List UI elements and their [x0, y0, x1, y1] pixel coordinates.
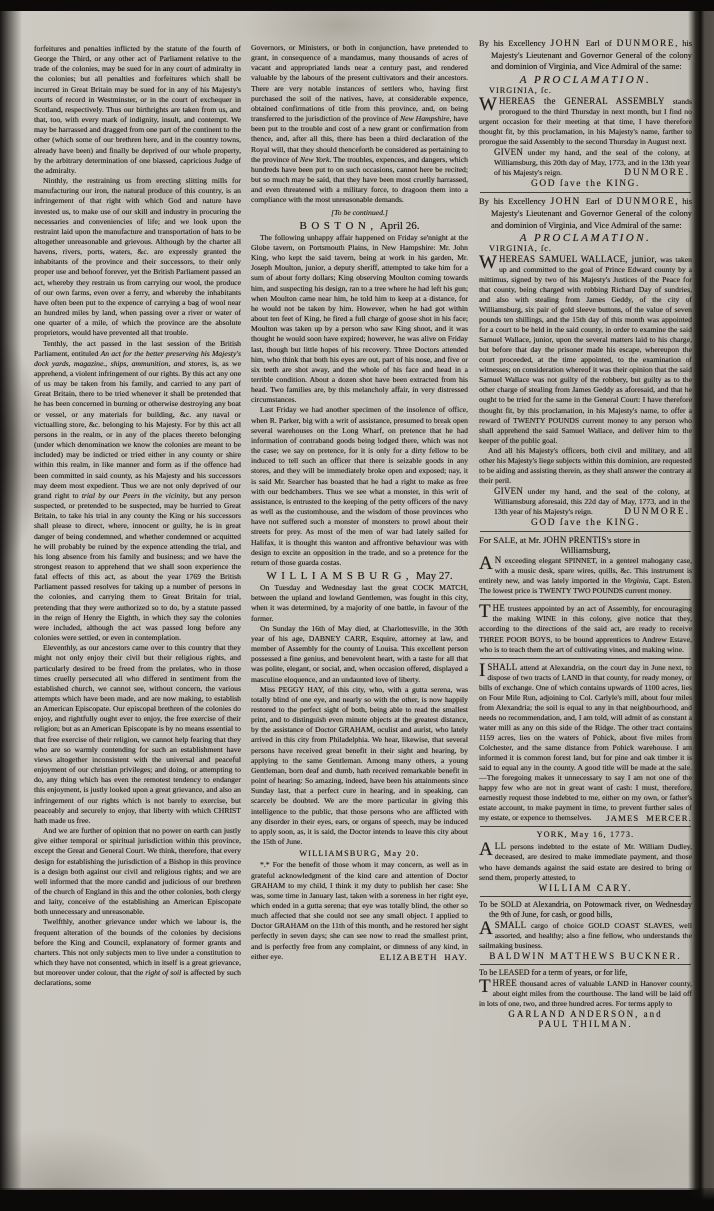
drop-cap-paragraph: THE trustees appointed by an act of Asse…	[479, 603, 692, 654]
drop-cap-paragraph: WHEREAS the GENERAL ASSEMBLY stands pror…	[479, 96, 692, 147]
news-paragraph: *.* For the benefit of those whom it may…	[251, 860, 468, 962]
virginia-scilicet: VIRGINIA, ſc.	[489, 86, 692, 96]
to-be-continued-note: [To be continued.]	[251, 208, 468, 218]
news-paragraph: Eleventhly, as our ancestors came over t…	[34, 643, 241, 826]
drop-cap: T	[479, 978, 493, 995]
news-paragraph: Ninthly, the restraining us from erectin…	[34, 176, 241, 339]
virginia-scilicet: VIRGINIA, ſc.	[489, 244, 692, 254]
paper-sheet: forfeitures and penalties inflicted by t…	[0, 10, 700, 1190]
city-dateline-heading: BOSTON, April 26.	[251, 221, 468, 231]
small-dateline: WILLIAMSBURG, May 20.	[251, 849, 468, 859]
proclamation-header: By his Excellency JOHN Earl of DUNMORE, …	[479, 38, 692, 73]
news-paragraph: Tenthly, the act passed in the last sess…	[34, 339, 241, 644]
advert-header: To be LEASED for a term of years, or for…	[479, 968, 692, 978]
given-under-hand-block: GIVEN under my hand, and the seal of the…	[494, 486, 690, 517]
section-divider-rule	[480, 599, 691, 600]
proclamation-title: A PROCLAMATION.	[479, 75, 692, 85]
page-edge-right	[688, 0, 714, 1211]
middle-column: Governors, or Ministers, or both in conj…	[251, 43, 468, 1193]
left-column: forfeitures and penalties inflicted by t…	[34, 44, 241, 1184]
signature-centered: BALDWIN MATTHEWS BUCKNER.	[479, 951, 692, 961]
news-paragraph: And we are further of opinion that no po…	[34, 826, 241, 917]
drop-cap-paragraph: THREE thousand acres of valuable LAND in…	[479, 978, 692, 1009]
news-paragraph: Twelfthly, another grievance under which…	[34, 917, 241, 988]
drop-cap-paragraph: ISHALL attend at Alexandria, on the cour…	[479, 662, 692, 824]
section-divider-rule	[480, 531, 691, 532]
god-save-king-line: GOD ſave the KING.	[479, 518, 692, 528]
drop-cap: A	[479, 920, 495, 937]
section-divider-rule	[480, 964, 691, 965]
drop-cap-paragraph: ASMALL cargo of choice GOLD COAST SLAVES…	[479, 920, 692, 951]
section-divider-rule	[480, 192, 691, 193]
drop-cap-paragraph: WHEREAS SAMUEL WALLACE, junior, was take…	[479, 254, 692, 446]
news-paragraph: And all his Majesty's officers, both civ…	[479, 446, 692, 486]
drop-cap-paragraph: ALL persons indebted to the estate of Mr…	[479, 841, 692, 882]
drop-cap: A	[479, 555, 495, 572]
right-column: By his Excellency JOHN Earl of DUNMORE, …	[479, 36, 692, 1202]
signature-centered: GARLAND ANDERSON, and	[479, 1009, 692, 1019]
drop-cap: T	[479, 603, 493, 620]
news-paragraph: Miss PEGGY HAY, of this city, who, with …	[251, 685, 468, 848]
signature-centered: PAUL THILMAN.	[479, 1019, 692, 1029]
section-divider-rule	[480, 658, 691, 659]
news-paragraph: The following unhappy affair happened on…	[251, 233, 468, 406]
signature-centered: WILLIAM CARY.	[479, 883, 692, 893]
news-paragraph: forfeitures and penalties inflicted by t…	[34, 44, 241, 176]
section-divider-rule	[480, 826, 691, 827]
for-sale-header: For SALE, at Mr. JOHN PRENTIS's store in…	[479, 535, 692, 555]
news-paragraph: Governors, or Ministers, or both in conj…	[251, 43, 468, 206]
drop-cap: W	[479, 96, 499, 113]
news-paragraph: On Sunday the 16th of May died, at Charl…	[251, 624, 468, 685]
drop-cap: A	[479, 841, 495, 858]
page-edge-top	[0, 0, 714, 11]
news-paragraph: On Tuesday and Wednesday last the great …	[251, 583, 468, 624]
city-dateline-heading: WILLIAMSBURG, May 27.	[251, 571, 468, 581]
small-dateline: YORK, May 16, 1773.	[479, 830, 692, 840]
proclamation-header: By his Excellency JOHN Earl of DUNMORE, …	[479, 196, 692, 231]
newspaper-page: forfeitures and penalties inflicted by t…	[0, 0, 714, 1211]
drop-cap-paragraph: AN exceeding elegant SPINNET, in a gente…	[479, 555, 692, 596]
section-divider-rule	[480, 896, 691, 897]
given-under-hand-block: GIVEN under my hand, and the seal of the…	[494, 147, 690, 178]
page-edge-left	[0, 0, 22, 1211]
advert-header: To be SOLD at Alexandria, on Potowmack r…	[479, 900, 692, 920]
god-save-king-line: GOD ſave the KING.	[479, 179, 692, 189]
page-edge-bottom	[0, 1188, 714, 1211]
news-paragraph: Last Friday we had another specimen of t…	[251, 405, 468, 568]
proclamation-title: A PROCLAMATION.	[479, 233, 692, 243]
drop-cap: W	[479, 254, 499, 271]
